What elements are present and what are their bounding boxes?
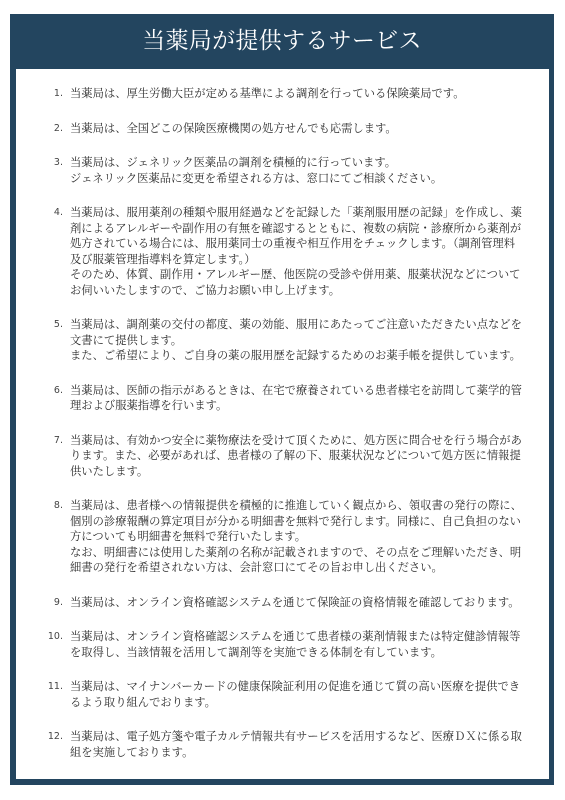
item-line: そのため、体質、副作用・アレルギー歴、他医院の受診や併用薬、服薬状況などについて xyxy=(70,267,549,283)
item-line: 当薬局は、患者様への情報提供を積極的に推進していく観点から、領収書の発行の際に、 xyxy=(70,498,549,514)
item-number: 9. xyxy=(16,595,63,611)
header-bar: 当薬局が提供するサービス xyxy=(10,14,554,69)
service-item-1: 1. 当薬局は、厚生労働大臣が定める基準による調剤を行っている保険薬局です。 xyxy=(16,86,549,102)
item-line: 及び服薬管理指導料を算定します。） xyxy=(70,252,549,268)
service-item-11: 11. 当薬局は、マイナンバーカードの健康保険証利用の促進を通じて質の高い医療を… xyxy=(16,679,549,710)
item-line: 当薬局は、電子処方箋や電子カルテ情報共有サービスを活用するなど、医療ＤＸに係る取 xyxy=(70,729,549,745)
item-line: を取得し、当該情報を活用して調剤等を実施できる体制を有しています。 xyxy=(70,645,549,661)
item-line: 個別の診療報酬の算定項目が分かる明細書を無料で発行します。同様に、自己負担のない xyxy=(70,514,549,530)
service-item-10: 10. 当薬局は、オンライン資格確認システムを通じて患者様の薬剤情報または特定健… xyxy=(16,629,549,660)
item-line: 細書の発行を希望されない方は、会計窓口にてその旨お申し出ください。 xyxy=(70,560,549,576)
services-list: 1. 当薬局は、厚生労働大臣が定める基準による調剤を行っている保険薬局です。 2… xyxy=(16,69,549,779)
item-line: 当薬局は、調剤薬の交付の都度、薬の効能、服用にあたってご注意いただきたい点などを xyxy=(70,317,549,333)
item-line: 供いたします。 xyxy=(70,464,549,480)
item-line: 当薬局は、オンライン資格確認システムを通じて保険証の資格情報を確認しております。 xyxy=(70,595,549,611)
item-number: 11. xyxy=(16,679,63,695)
item-line: 当薬局は、ジェネリック医薬品の調剤を積極的に行っています。 xyxy=(70,155,549,171)
item-number: 6. xyxy=(16,383,63,399)
service-item-4: 4. 当薬局は、服用薬剤の種類や服用経過などを記録した「薬剤服用歴の記録」を作成… xyxy=(16,205,549,298)
item-number: 4. xyxy=(16,205,63,221)
service-item-5: 5. 当薬局は、調剤薬の交付の都度、薬の効能、服用にあたってご注意いただきたい点… xyxy=(16,317,549,364)
item-line: 方についても明細書を無料で発行いたします。 xyxy=(70,529,549,545)
service-item-8: 8. 当薬局は、患者様への情報提供を積極的に推進していく観点から、領収書の発行の… xyxy=(16,498,549,576)
item-line: 当薬局は、厚生労働大臣が定める基準による調剤を行っている保険薬局です。 xyxy=(70,86,549,102)
item-line: ジェネリック医薬品に変更を希望される方は、窓口にてご相談ください。 xyxy=(70,171,549,187)
item-line: また、ご希望により、ご自身の薬の服用歴を記録するためのお薬手帳を提供しています。 xyxy=(70,348,549,364)
item-line: 当薬局は、マイナンバーカードの健康保険証利用の促進を通じて質の高い医療を提供でき xyxy=(70,679,549,695)
item-number: 3. xyxy=(16,155,63,171)
service-item-7: 7. 当薬局は、有効かつ安全に薬物療法を受けて頂くために、処方医に問合せを行う場… xyxy=(16,433,549,480)
item-line: 当薬局は、服用薬剤の種類や服用経過などを記録した「薬剤服用歴の記録」を作成し、薬 xyxy=(70,205,549,221)
page-title: 当薬局が提供するサービス xyxy=(142,30,422,53)
item-line: ります。また、必要があれば、患者様の了解の下、服薬状況などについて処方医に情報提 xyxy=(70,448,549,464)
item-line: 組を実施しております。 xyxy=(70,745,549,761)
service-item-9: 9. 当薬局は、オンライン資格確認システムを通じて保険証の資格情報を確認しており… xyxy=(16,595,549,611)
item-line: 文書にて提供します。 xyxy=(70,333,549,349)
service-item-6: 6. 当薬局は、医師の指示があるときは、在宅で療養されている患者様宅を訪問して薬… xyxy=(16,383,549,414)
item-line: 処方されている場合には、服用薬同士の重複や相互作用をチェックします。（調剤管理料 xyxy=(70,236,549,252)
item-number: 5. xyxy=(16,317,63,333)
item-number: 7. xyxy=(16,433,63,449)
service-item-2: 2. 当薬局は、全国どこの保険医療機関の処方せんでも応需します。 xyxy=(16,121,549,137)
item-line: 理および服薬指導を行います。 xyxy=(70,398,549,414)
item-line: なお、明細書には使用した薬剤の名称が記載されますので、その点をご理解いただき、明 xyxy=(70,545,549,561)
services-notice-frame: 当薬局が提供するサービス 1. 当薬局は、厚生労働大臣が定める基準による調剤を行… xyxy=(10,14,554,785)
service-item-3: 3. 当薬局は、ジェネリック医薬品の調剤を積極的に行っています。 ジェネリック医… xyxy=(16,155,549,186)
item-number: 12. xyxy=(16,729,63,745)
item-line: 剤によるアレルギーや副作用の有無を確認するとともに、複数の病院・診療所から薬剤が xyxy=(70,221,549,237)
item-line: 当薬局は、オンライン資格確認システムを通じて患者様の薬剤情報または特定健診情報等 xyxy=(70,629,549,645)
item-line: 当薬局は、全国どこの保険医療機関の処方せんでも応需します。 xyxy=(70,121,549,137)
item-number: 2. xyxy=(16,121,63,137)
item-number: 10. xyxy=(16,629,63,645)
item-line: お伺いいたしますので、ご協力お願い申し上げます。 xyxy=(70,283,549,299)
item-number: 1. xyxy=(16,86,63,102)
item-line: 当薬局は、有効かつ安全に薬物療法を受けて頂くために、処方医に問合せを行う場合があ xyxy=(70,433,549,449)
item-line: るよう取り組んでおります。 xyxy=(70,695,549,711)
item-line: 当薬局は、医師の指示があるときは、在宅で療養されている患者様宅を訪問して薬学的管 xyxy=(70,383,549,399)
service-item-12: 12. 当薬局は、電子処方箋や電子カルテ情報共有サービスを活用するなど、医療ＤＸ… xyxy=(16,729,549,760)
item-number: 8. xyxy=(16,498,63,514)
content-panel: 1. 当薬局は、厚生労働大臣が定める基準による調剤を行っている保険薬局です。 2… xyxy=(16,69,549,779)
